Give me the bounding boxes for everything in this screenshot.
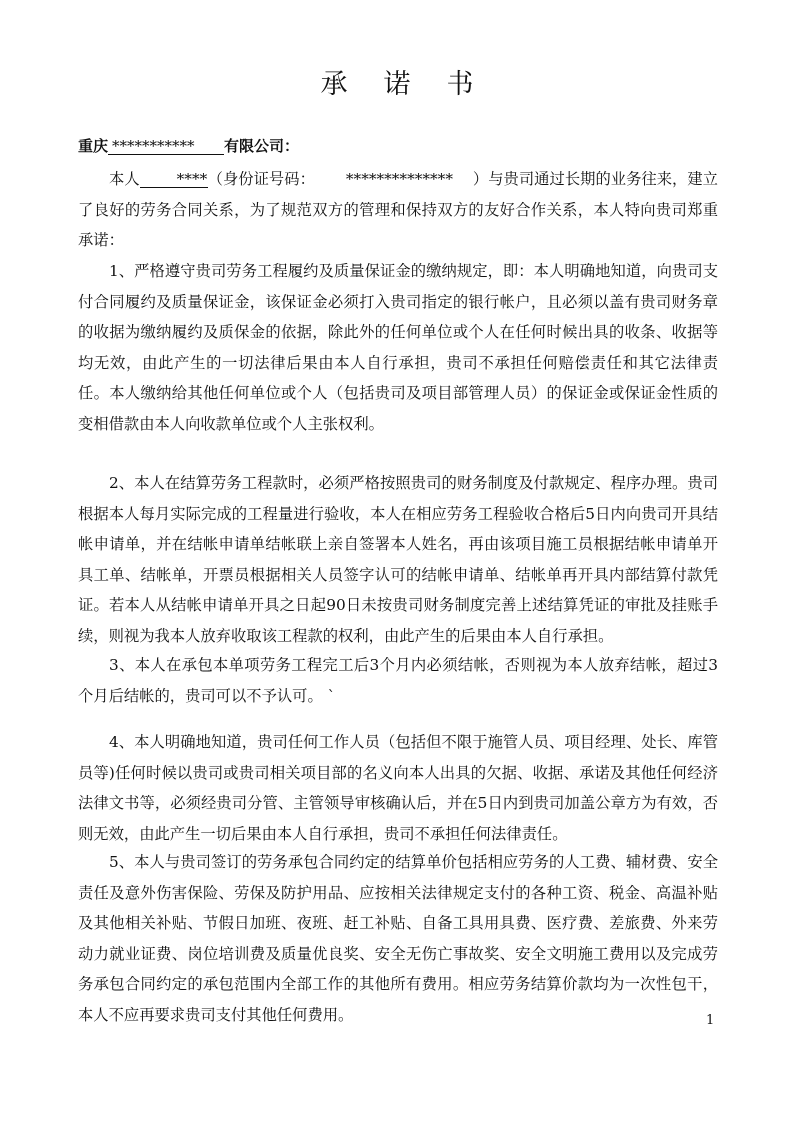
addressee-suffix: 有限公司：: [224, 137, 299, 155]
clause-1: 1、严格遵守贵司劳务工程履约及质量保证金的缴纳规定，即：本人明确地知道，向贵司支…: [78, 256, 718, 439]
addressee-prefix: 重庆: [78, 137, 108, 155]
intro-text: 本人: [109, 170, 140, 188]
intro-paragraph: 本人****（身份证号码：**************）与贵司通过长期的业务往来…: [78, 164, 718, 256]
clause-5: 5、本人与贵司签订的劳务承包合同约定的结算单价包括相应劳务的人工费、辅材费、安全…: [78, 847, 718, 1030]
company-name-blank: ***********: [108, 138, 224, 155]
page-number: 1: [706, 1013, 714, 1028]
title-char: 诺: [384, 62, 411, 101]
id-number-blank: **************: [315, 164, 473, 195]
clause-3: 3、本人在承包本单项劳务工程完工后3个月内必须结帐，否则视为本人放弃结帐，超过3…: [78, 650, 718, 711]
clause-4: 4、本人明确地知道，贵司任何工作人员（包括但不限于施管人员、项目经理、处长、库管…: [78, 727, 718, 849]
intro-text: （身份证号码：: [208, 170, 315, 188]
title-char: 承: [321, 62, 348, 101]
name-blank: ****: [140, 171, 208, 188]
title-char: 书: [447, 62, 474, 101]
addressee-line: 重庆***********有限公司：: [78, 135, 299, 156]
document-title: 承诺书: [0, 62, 794, 101]
clause-2: 2、本人在结算劳务工程款时，必须严格按照贵司的财务制度及付款规定、程序办理。贵司…: [78, 468, 718, 651]
